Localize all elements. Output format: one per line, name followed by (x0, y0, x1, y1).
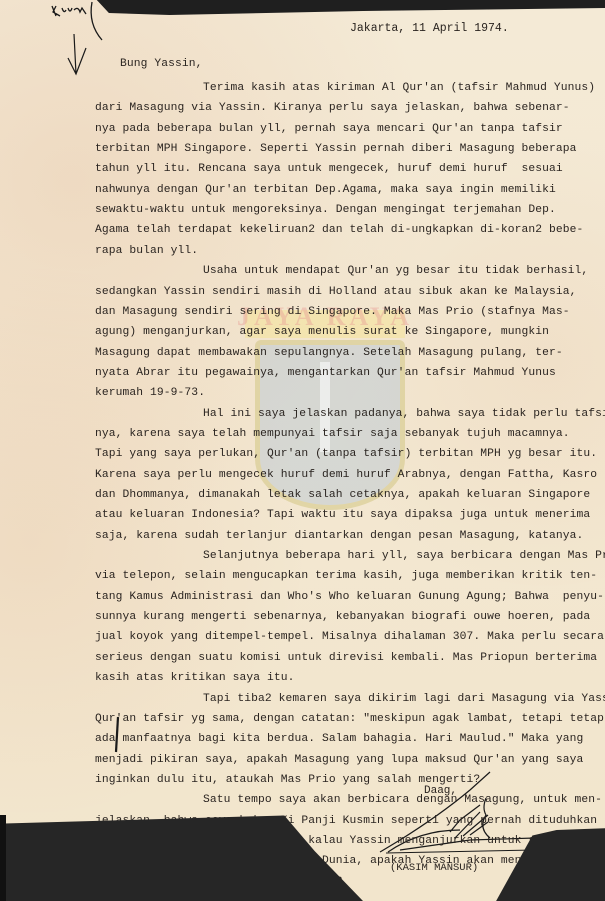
closing: Daag, (424, 785, 457, 797)
letter-line: Masagung dapat membawakan sepulangnya. S… (95, 347, 563, 359)
signatory-name: (KASIM MANSUR) (390, 862, 478, 874)
letter-line: inginkan dulu itu, ataukah Mas Prio yang… (95, 774, 480, 786)
letter-line: Usaha untuk mendapat Qur'an yg besar itu… (203, 265, 588, 277)
letter-line: Selanjutnya beberapa hari yll, saya berb… (203, 550, 605, 562)
letter-line: nahwunya dengan Qur'an terbitan Dep.Agam… (95, 184, 556, 196)
letter-line: atau keluaran Indonesia? Tapi waktu itu … (95, 509, 590, 521)
letter-line: dan Masagung sendiri sering di Singapore… (95, 306, 570, 318)
letter-line: tang Kamus Administrasi dan Who's Who ke… (95, 591, 604, 603)
letter-line: sunnya kurang mengerti sebenarnya, keban… (95, 611, 590, 623)
letter-line: saja, karena sudah terlanjur diantarkan … (95, 530, 583, 542)
letter-line: Tapi yang saya perlukan, Qur'an (tanpa t… (95, 448, 597, 460)
letter-line: Satu tempo saya akan berbicara dengan Ma… (203, 794, 602, 806)
letter-line: jual koyok yang ditempel-tempel. Misalny… (95, 631, 604, 643)
letter-line: serieus dengan suatu komisi untuk direvi… (95, 652, 597, 664)
letter-line: kerumah 19-9-73. (95, 387, 205, 399)
letter-line: kasih atas kritikan saya itu. (95, 672, 295, 684)
letter-line: sewaktu-waktu untuk mengoreksinya. Denga… (95, 204, 556, 216)
letter-line: ada manfaatnya bagi kita berdua. Salam b… (95, 733, 583, 745)
letter-line: nya, karena saya telah mempunyai tafsir … (95, 428, 570, 440)
letter-date: Jakarta, 11 April 1974. (350, 22, 509, 35)
letter-line: nya pada beberapa bulan yll, pernah saya… (95, 123, 563, 135)
letter-line: Qur'an tafsir yg sama, dengan catatan: "… (95, 713, 604, 725)
letter-line: nyata Abrar itu pegawainya, mengantarkan… (95, 367, 556, 379)
letter-line: Tapi tiba2 kemaren saya dikirim lagi dar… (203, 693, 605, 705)
letter-line: tahun yll itu. Rencana saya untuk mengec… (95, 163, 563, 175)
letter-line: Karena saya perlu mengecek huruf demi hu… (95, 469, 597, 481)
letter-line: agung) menganjurkan, agar saya menulis s… (95, 326, 549, 338)
letter-line: Hal ini saya jelaskan padanya, bahwa say… (203, 408, 605, 420)
letter-line: via telepon, selain mengucapkan terima k… (95, 570, 597, 582)
scan-dark-edge-left (0, 815, 6, 901)
salutation: Bung Yassin, (120, 58, 203, 70)
letter-line: menjadi pikiran saya, apakah Masagung ya… (95, 754, 583, 766)
letter-line: dari Masagung via Yassin. Kiranya perlu … (95, 102, 570, 114)
letter-line: Agama telah terdapat kekeliruan2 dan tel… (95, 224, 583, 236)
letter-line: sedangkan Yassin sendiri masih di Hollan… (95, 286, 577, 298)
letter-line: dan Dhommanya, dimanakah letak salah cet… (95, 489, 590, 501)
letter-line: Terima kasih atas kiriman Al Qur'an (taf… (203, 82, 595, 94)
letter-line: rapa bulan yll. (95, 245, 198, 257)
letter-line: terbitan MPH Singapore. Seperti Yassin p… (95, 143, 577, 155)
